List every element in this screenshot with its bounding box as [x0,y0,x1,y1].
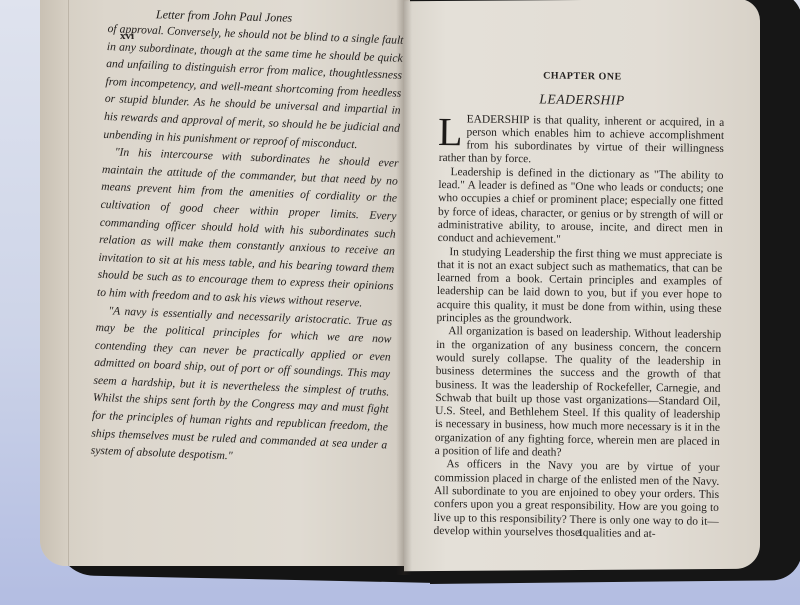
chapter-opening-paragraph: LEADERSHIP is that quality, inherent or … [439,113,725,170]
page-number-right: 1 [578,528,583,539]
chapter-paragraph: As officers in the Navy you are by virtu… [433,458,719,542]
chapter-label: CHAPTER ONE [440,68,725,85]
letter-paragraph: "In his intercourse with subordinates he… [97,143,399,313]
letter-excerpt: of approval. Conversely, he should not b… [90,20,403,471]
letter-paragraph: of approval. Conversely, he should not b… [103,20,404,155]
opening-text: EADERSHIP is that quality, inherent or a… [439,113,725,166]
chapter-paragraph: All organization is based on leadership.… [435,325,722,462]
chapter-title: LEADERSHIP [439,91,724,108]
chapter-paragraph: In studying Leadership the first thing w… [436,246,722,330]
page-edges [40,0,69,566]
chapter-body: CHAPTER ONE LEADERSHIP LEADERSHIP is tha… [433,68,725,542]
drop-cap: L [438,115,463,149]
letter-paragraph: "A navy is essentially and necessarily a… [90,301,392,471]
chapter-paragraph: Leadership is defined in the dictionary … [438,166,724,250]
